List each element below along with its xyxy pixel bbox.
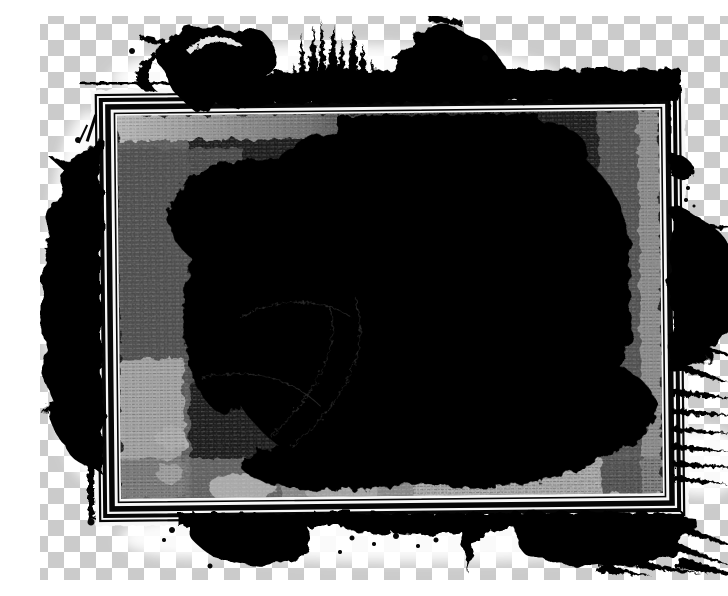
bottom-dot-1 [169,527,175,533]
bottom-dot-6 [393,533,399,539]
bottom-dot-2 [162,538,166,542]
right-vertical-line-1 [668,72,671,164]
right-dot-2 [684,198,688,202]
ink-frame-graphic [40,16,728,580]
top-wave-mass [384,27,511,98]
left-ink-mass [42,138,102,474]
feather-spike-1 [692,222,728,232]
picture-frame [91,84,690,526]
bottom-dot-5 [372,542,376,546]
grunge-frame-artwork: Black ink grunge picture frame with torn… [40,16,728,580]
splatter-left [40,114,102,525]
right-dot-1 [686,186,690,190]
bottom-left-splat [188,518,309,566]
bottom-dot-8 [434,538,439,543]
right-streak-3 [672,426,728,434]
left-dot [75,137,81,143]
bottom-dot-7 [416,544,420,548]
top-left-dash [140,35,166,45]
left-drip-dot [88,519,95,526]
right-streak-2 [672,408,728,416]
bottom-dot-4 [350,536,355,541]
left-drip [88,444,94,520]
top-crest-dash-1 [428,16,462,25]
top-swirl-mass [159,24,276,106]
right-vertical-line-2 [674,80,676,150]
right-diagonal-3 [674,556,728,578]
frame-interior [117,110,663,507]
bottom-dot-3 [208,564,213,569]
top-dot-1 [482,55,488,61]
right-dot-3 [693,205,696,208]
bottom-dot-9 [338,550,342,554]
top-spikes [290,20,378,102]
top-dot-2 [129,48,135,54]
